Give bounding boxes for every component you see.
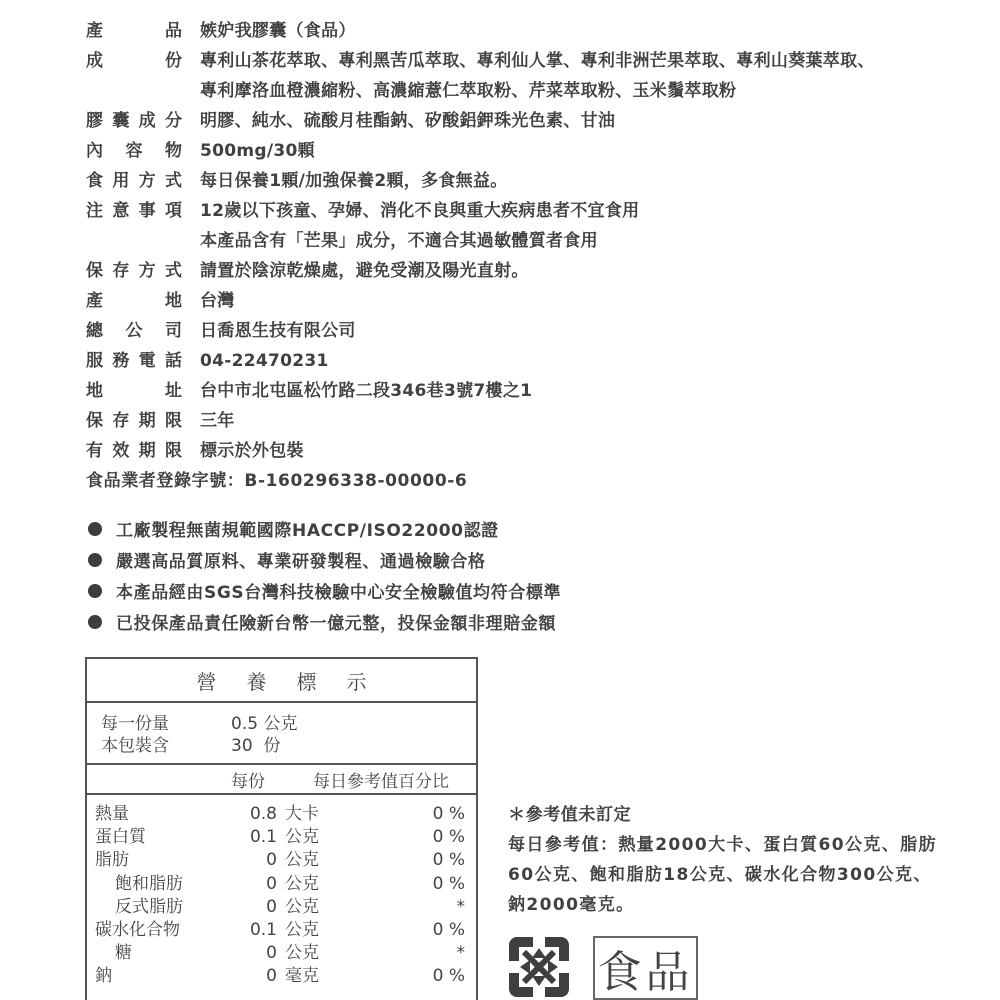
spec-row: 保存期限三年 xyxy=(86,406,966,436)
spec-value: 台灣 xyxy=(200,286,235,316)
spec-label: 有效期限 xyxy=(86,436,182,466)
spec-label: 膠囊成分 xyxy=(86,106,182,136)
nutrient-name: 鈉 xyxy=(95,965,221,988)
nutrient-name: 反式脂肪 xyxy=(95,896,221,919)
nutrient-unit: 公克 xyxy=(277,942,355,965)
nutrition-rows: 熱量0.8大卡0 %蛋白質0.1公克0 %脂肪0公克0 %飽和脂肪0公克0 %反… xyxy=(87,795,476,989)
nutrient-unit: 毫克 xyxy=(277,965,355,988)
spec-value: 台中市北屯區松竹路二段346巷3號7樓之1 xyxy=(200,376,532,406)
spec-row: 膠囊成分明膠、純水、硫酸月桂酯鈉、矽酸鋁鉀珠光色素、甘油 xyxy=(86,106,966,136)
nutrient-daily-pct: * xyxy=(355,896,465,919)
nutrient-unit: 大卡 xyxy=(277,803,355,826)
spec-label: 內容物 xyxy=(86,136,182,166)
nutrient-name: 糖 xyxy=(95,942,221,965)
nutrient-unit: 公克 xyxy=(277,873,355,896)
nutrition-facts-table: 營養標示 每一份量0.5 公克 本包裝含30 份 每份 每日參考值百分比 熱量0… xyxy=(85,657,478,1000)
spec-label: 地址 xyxy=(86,376,182,406)
nutrition-row: 蛋白質0.1公克0 % xyxy=(95,826,476,849)
nutrient-unit: 公克 xyxy=(277,919,355,942)
spec-value: 嫉妒我膠囊（食品） xyxy=(200,16,356,46)
nutrient-name: 脂肪 xyxy=(95,849,221,872)
spec-row: 服務電話04-22470231 xyxy=(86,346,966,376)
serving-size-label: 每一份量 xyxy=(101,713,231,735)
nutrient-unit: 公克 xyxy=(277,849,355,872)
nutrient-name: 蛋白質 xyxy=(95,826,221,849)
spec-value: 日喬恩生技有限公司 xyxy=(200,316,356,346)
bullet-item: 本產品經由SGS台灣科技檢驗中心安全檢驗值均符合標準 xyxy=(86,575,561,606)
spec-row: 注意事項12歲以下孩童、孕婦、消化不良與重大疾病患者不宜食用本產品含有「芒果」成… xyxy=(86,196,966,256)
nutrient-daily-pct: 0 % xyxy=(355,873,465,896)
nutrient-daily-pct: 0 % xyxy=(355,919,465,942)
product-spec-list: 產品嫉妒我膠囊（食品）成份專利山茶花萃取、專利黑苦瓜萃取、專利仙人掌、專利非洲芒… xyxy=(86,16,966,496)
registration-number: 食品業者登錄字號：B-160296338-00000-6 xyxy=(86,466,966,496)
nutrient-name: 熱量 xyxy=(95,803,221,826)
spec-row: 總公司日喬恩生技有限公司 xyxy=(86,316,966,346)
nutrition-title: 營養標示 xyxy=(87,659,476,703)
nutrition-row: 糖0公克* xyxy=(95,942,476,965)
spec-row: 產地台灣 xyxy=(86,286,966,316)
nutrient-daily-pct: * xyxy=(355,942,465,965)
nutrient-daily-pct: 0 % xyxy=(355,965,465,988)
spec-label: 食用方式 xyxy=(86,166,182,196)
nutrition-row: 脂肪0公克0 % xyxy=(95,849,476,872)
nutrient-amount: 0 xyxy=(221,896,277,919)
spec-row: 內容物500mg/30顆 xyxy=(86,136,966,166)
nutrient-amount: 0 xyxy=(221,849,277,872)
nutrition-row: 飽和脂肪0公克0 % xyxy=(95,873,476,896)
nutrient-amount: 0.8 xyxy=(221,803,277,826)
nutrition-column-header: 每份 每日參考值百分比 xyxy=(87,765,476,795)
nutrient-name: 飽和脂肪 xyxy=(95,873,221,896)
bullet-dot-icon xyxy=(88,615,102,629)
nutrient-unit: 公克 xyxy=(277,826,355,849)
food-category-badge: 食品 xyxy=(593,936,698,1000)
nutrient-unit: 公克 xyxy=(277,896,355,919)
feature-bullets: 工廠製程無菌規範國際HACCP/ISO22000認證 嚴選高品質原料、專業研發製… xyxy=(86,513,561,637)
nutrient-daily-pct: 0 % xyxy=(355,826,465,849)
bullet-item: 嚴選高品質原料、專業研發製程、通過檢驗合格 xyxy=(86,544,561,575)
recycle-icon xyxy=(506,934,572,1000)
bullet-dot-icon xyxy=(88,584,102,598)
servings-value: 30 份 xyxy=(231,735,280,757)
spec-label: 保存期限 xyxy=(86,406,182,436)
nutrient-amount: 0 xyxy=(221,942,277,965)
spec-label: 注意事項 xyxy=(86,196,182,226)
nutrition-row: 反式脂肪0公克* xyxy=(95,896,476,919)
serving-info: 每一份量0.5 公克 本包裝含30 份 xyxy=(87,703,476,765)
servings-label: 本包裝含 xyxy=(101,735,231,757)
spec-value: 請置於陰涼乾燥處，避免受潮及陽光直射。 xyxy=(200,256,529,286)
nutrient-amount: 0 xyxy=(221,965,277,988)
col-per-serving: 每份 xyxy=(231,767,313,792)
spec-value: 三年 xyxy=(200,406,235,436)
spec-row: 食用方式每日保養1顆/加強保養2顆，多食無益。 xyxy=(86,166,966,196)
spec-value: 每日保養1顆/加強保養2顆，多食無益。 xyxy=(200,166,508,196)
spec-label: 服務電話 xyxy=(86,346,182,376)
spec-label: 產地 xyxy=(86,286,182,316)
nutrient-amount: 0.1 xyxy=(221,826,277,849)
bullet-dot-icon xyxy=(88,522,102,536)
spec-label: 總公司 xyxy=(86,316,182,346)
nutrition-row: 鈉0毫克0 % xyxy=(95,965,476,988)
nutrient-daily-pct: 0 % xyxy=(355,849,465,872)
spec-row: 有效期限標示於外包裝 xyxy=(86,436,966,466)
spec-row: 成份專利山茶花萃取、專利黑苦瓜萃取、專利仙人掌、專利非洲芒果萃取、專利山葵葉萃取… xyxy=(86,46,966,106)
spec-value: 04-22470231 xyxy=(200,346,329,376)
spec-label: 產品 xyxy=(86,16,182,46)
bullet-item: 已投保產品責任險新台幣一億元整，投保金額非理賠金額 xyxy=(86,606,561,637)
bullet-dot-icon xyxy=(88,553,102,567)
note-daily-reference: 每日參考值：熱量2000大卡、蛋白質60公克、脂肪60公克、飽和脂肪18公克、碳… xyxy=(508,830,948,920)
spec-value: 明膠、純水、硫酸月桂酯鈉、矽酸鋁鉀珠光色素、甘油 xyxy=(200,106,615,136)
nutrition-row: 熱量0.8大卡0 % xyxy=(95,803,476,826)
col-daily-pct: 每日參考值百分比 xyxy=(313,767,449,792)
spec-value: 專利山茶花萃取、專利黑苦瓜萃取、專利仙人掌、專利非洲芒果萃取、專利山葵葉萃取、專… xyxy=(200,46,875,106)
spec-label: 保存方式 xyxy=(86,256,182,286)
bullet-item: 工廠製程無菌規範國際HACCP/ISO22000認證 xyxy=(86,513,561,544)
spec-value: 12歲以下孩童、孕婦、消化不良與重大疾病患者不宜食用本產品含有「芒果」成分，不適… xyxy=(200,196,639,256)
spec-row: 地址台中市北屯區松竹路二段346巷3號7樓之1 xyxy=(86,376,966,406)
nutrient-name: 碳水化合物 xyxy=(95,919,221,942)
serving-size-value: 0.5 公克 xyxy=(231,713,297,735)
note-reference-undefined: ＊參考值未訂定 xyxy=(508,800,978,830)
nutrient-amount: 0 xyxy=(221,873,277,896)
spec-row: 產品嫉妒我膠囊（食品） xyxy=(86,16,966,46)
spec-value: 標示於外包裝 xyxy=(200,436,304,466)
nutrition-notes: ＊參考值未訂定 每日參考值：熱量2000大卡、蛋白質60公克、脂肪60公克、飽和… xyxy=(508,800,978,920)
spec-row: 保存方式請置於陰涼乾燥處，避免受潮及陽光直射。 xyxy=(86,256,966,286)
spec-value: 500mg/30顆 xyxy=(200,136,315,166)
nutrition-row: 碳水化合物0.1公克0 % xyxy=(95,919,476,942)
nutrient-amount: 0.1 xyxy=(221,919,277,942)
spec-label: 成份 xyxy=(86,46,182,76)
nutrient-daily-pct: 0 % xyxy=(355,803,465,826)
